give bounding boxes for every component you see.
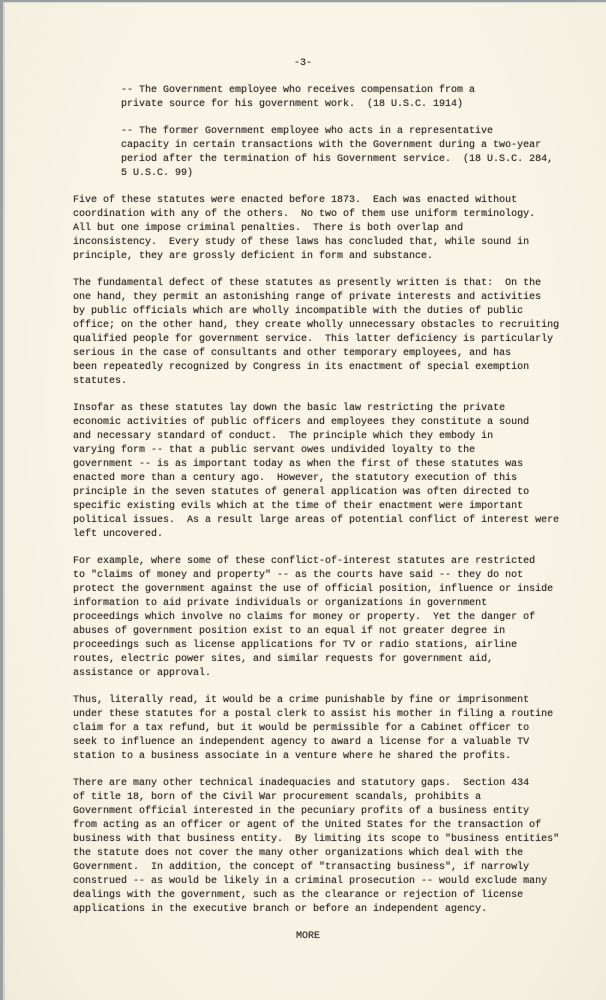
paragraph-thus-literally-read: Thus, literally read, it would be a crim… <box>73 694 578 764</box>
paragraph-statutes-enacted: Five of these statutes were enacted befo… <box>73 194 578 264</box>
paragraph-insofar-basic-law: Insofar as these statutes lay down the b… <box>73 402 578 542</box>
paragraph-for-example-claims: For example, where some of these conflic… <box>73 555 578 681</box>
scanned-document-page: -3- -- The Government employee who recei… <box>3 2 606 1000</box>
paragraph-fundamental-defect: The fundamental defect of these statutes… <box>73 277 578 389</box>
paragraph-technical-inadequacies: There are many other technical inadequac… <box>73 777 578 917</box>
bullet-item-compensation: -- The Government employee who receives … <box>121 84 578 112</box>
text-column: -3- -- The Government employee who recei… <box>73 3 578 944</box>
page-number: -3- <box>73 57 533 71</box>
bullet-item-former-employee: -- The former Government employee who ac… <box>121 125 578 181</box>
continuation-marker-more: MORE <box>73 930 543 944</box>
